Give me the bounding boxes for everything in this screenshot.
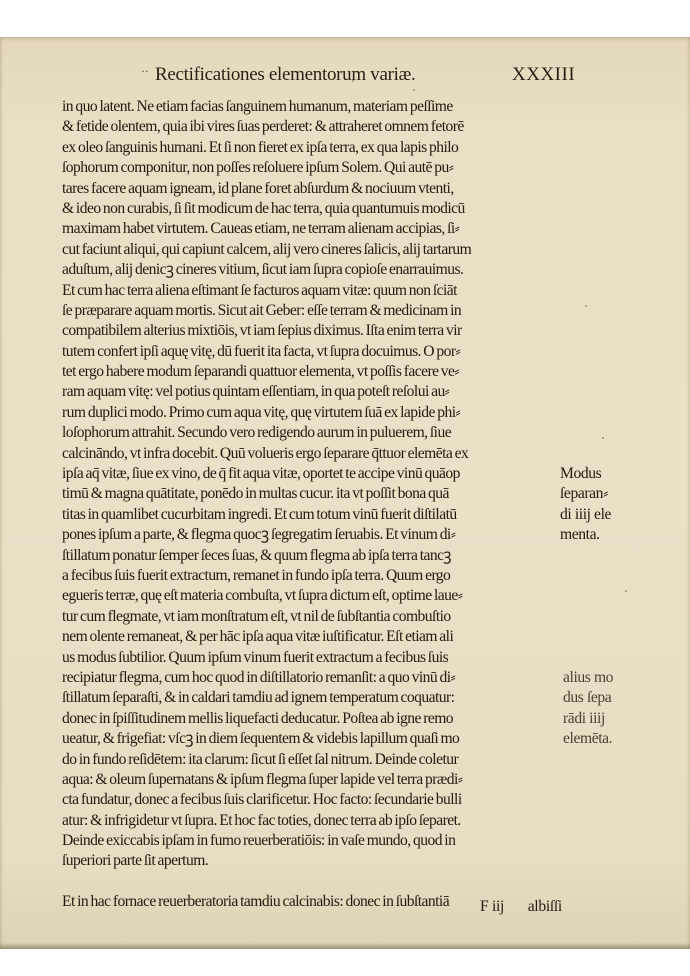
margin-note-line: rādi iiij [563,709,613,729]
text-line: & ideo non curabis, ſi ſit modicum de ha… [62,199,532,219]
text-line: ram aquam vitę: vel potius quintam eſſen… [62,382,532,402]
text-line: tur cum flegmate, vt iam monſtratum eſt,… [62,607,532,627]
text-line: & fetide olentem, quia ibi vires ſuas pe… [62,117,532,137]
text-line: us modus ſubtilior. Quum ipſum vinum fue… [62,648,532,668]
margin-note-line: ſeparan⸗ [560,484,611,504]
text-line: loſophorum attrahit. Secundo vero redige… [62,423,532,443]
text-line: aqua: & oleum ſupernatans & ipſum flegma… [62,770,532,790]
folio-number: XXXIII [512,64,575,86]
blank-line [62,872,532,892]
text-line: titas in quamlibet cucurbitam ingredi. E… [62,505,532,525]
text-line: compatibilem alterius mixtiōis, vt iam ſ… [62,321,532,341]
text-line: Et cum hac terra aliena eſtimant ſe fact… [62,281,532,301]
text-line: do in fundo reſidētem: ita clarum: ſicut… [62,750,532,770]
margin-note-line: menta. [560,525,611,545]
margin-note-line: alius mo [563,668,613,688]
text-line: rum duplici modo. Primo cum aqua vitę, q… [62,403,532,423]
text-line: in quo latent. Ne etiam facias ſanguinem… [62,97,532,117]
text-line: Deinde exiccabis ipſam in fumo reuerbera… [62,831,532,851]
ink-speck [585,305,587,307]
text-line: egueris terræ, quę eſt materia combuſta,… [62,586,532,606]
text-line: ueatur, & frigefiat: vſcꝫ in diem ſequen… [62,729,532,749]
text-line: ſophorum componitur, non poſſes reſoluer… [62,158,532,178]
text-line: atur: & infrigidetur vt ſupra. Et hoc fa… [62,811,532,831]
text-line: donec in ſpiſſitudinem mellis liquefacti… [62,709,532,729]
margin-note-line: elemēta. [563,729,613,749]
ink-speck [602,437,604,439]
text-line: ſtillatum ſeparaſti, & in caldari tamdiu… [62,688,532,708]
text-line: ſe præparare aquam mortis. Sicut ait Geb… [62,301,532,321]
text-line: nem olente remaneat, & per hāc ipſa aqua… [62,627,532,647]
text-line: tutem confert ipſi aquę vitę, dū fuerit … [62,342,532,362]
text-line: pones ipſum a parte, & flegma quocꝫ ſegr… [62,525,532,545]
text-line: ſuperiori parte ſit apertum. [62,851,532,871]
text-line: cut faciunt aliqui, qui capiunt calcem, … [62,240,532,260]
text-line: aduſtum, alij denicꝫ cineres vitium, ſic… [62,260,532,280]
text-line: tet ergo habere modum ſeparandi quattuor… [62,362,532,382]
ornament-dots: ·· [141,64,148,79]
page-footer: F iij albiſſi [480,898,582,916]
text-line: ex oleo ſanguinis humani. Et ſi non fier… [62,138,532,158]
text-line: timū & magna quātitate, ponēdo in multas… [62,484,532,504]
signature-mark: F iij [480,898,504,915]
margin-note-line: dus ſepa [563,688,613,708]
ink-speck [413,89,415,91]
body-text: in quo latent. Ne etiam facias ſanguinem… [62,97,532,913]
margin-note-modus: Modus ſeparan⸗ di iiij ele menta. [560,464,611,546]
margin-note-alius-modus: alius mo dus ſepa rādi iiij elemēta. [563,668,613,750]
text-line: a fecibus ſuis fuerit extractum, remanet… [62,566,532,586]
text-line: recipiatur flegma, cum hoc quod in diſti… [62,668,532,688]
text-line: tares facere aquam igneam, id plane fore… [62,179,532,199]
text-line: calcināndo, vt infra docebit. Quū voluer… [62,444,532,464]
text-line: maximam habet virtutem. Caueas etiam, ne… [62,219,532,239]
margin-note-line: Modus [560,464,611,484]
margin-note-line: di iiij ele [560,505,611,525]
text-line: ſtillatum ponatur ſemper ſeces ſuas, & q… [62,546,532,566]
catchword: albiſſi [528,898,562,915]
text-line: Et in hac fornace reuerberatoria tamdiu … [62,892,532,912]
running-head-title: Rectificationes elementorum variæ. [155,64,415,85]
running-head: ·· Rectificationes elementorum variæ. [155,64,565,86]
text-line: ipſa aq̄ vitæ, ſiue ex vino, de q̄ fit a… [62,464,532,484]
text-line: cta fundatur, donec a fecibus ſuis clari… [62,790,532,810]
ink-speck [625,590,627,592]
